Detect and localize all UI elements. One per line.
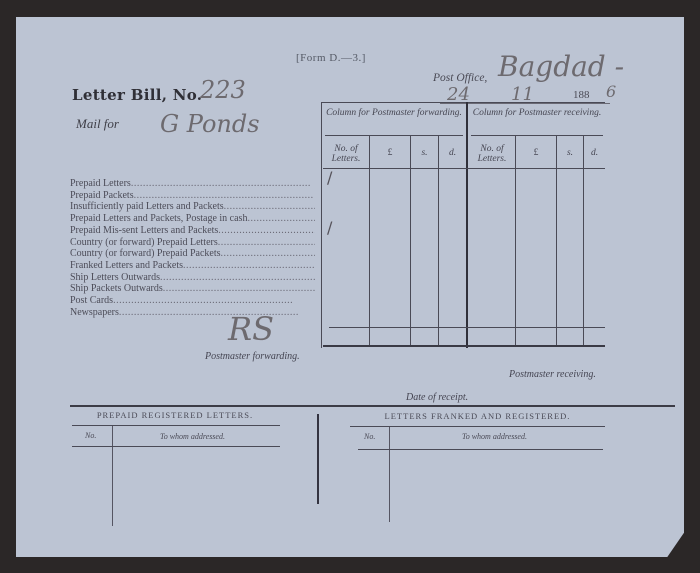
- leader-dots: ........................................…: [218, 225, 315, 237]
- leader-dots: ........................................…: [163, 283, 315, 295]
- item-row: Ship Letters Outwards...................…: [70, 272, 315, 284]
- tick-mark: /: [327, 218, 332, 237]
- column-header-rule: [323, 168, 605, 169]
- item-row: Prepaid Mis-sent Letters and Packets....…: [70, 225, 315, 237]
- leader-dots: ........................................…: [119, 307, 315, 319]
- item-row: Newspapers..............................…: [70, 307, 315, 319]
- col-header-pounds: £: [516, 148, 556, 158]
- item-label: Prepaid Letters and Packets, Postage in …: [70, 213, 247, 225]
- forwarding-column-title: Column for Postmaster forwarding.: [325, 108, 463, 118]
- leader-dots: ........................................…: [160, 272, 315, 284]
- col-header-shillings: s.: [411, 148, 438, 158]
- header-rule: [325, 135, 463, 136]
- registered-center-divider: [317, 414, 319, 504]
- item-list: Prepaid Letters.........................…: [70, 178, 315, 318]
- accounts-table: Column for Postmaster forwarding. Column…: [321, 102, 605, 348]
- item-label: Prepaid Letters: [70, 178, 131, 190]
- col-header-shillings: s.: [557, 148, 583, 158]
- rule: [72, 425, 280, 426]
- prepaid-registered-title: PREPAID REGISTERED LETTERS.: [70, 410, 280, 420]
- receiving-column-title: Column for Postmaster receiving.: [471, 108, 603, 118]
- col-rule: [112, 426, 113, 526]
- mail-for-value: G Ponds: [160, 110, 260, 138]
- item-label: Ship Letters Outwards: [70, 272, 160, 284]
- item-label: Country (or forward) Prepaid Packets: [70, 248, 221, 260]
- table-bottom-rule: [323, 345, 605, 347]
- mail-for-label: Mail for: [76, 116, 119, 132]
- leader-dots: ........................................…: [218, 237, 315, 249]
- postmaster-forwarding-signature: RS: [228, 310, 274, 348]
- date-year-handwritten: 6: [606, 82, 616, 101]
- item-label: Insufficiently paid Letters and Packets: [70, 201, 224, 213]
- item-row: Franked Letters and Packets.............…: [70, 260, 315, 272]
- franked-registered-title: LETTERS FRANKED AND REGISTERED.: [350, 411, 605, 421]
- table-top-rule: [321, 102, 605, 103]
- leader-dots: ........................................…: [113, 295, 315, 307]
- col-header-no: No.: [85, 431, 96, 440]
- item-row: Prepaid Packets.........................…: [70, 190, 315, 202]
- post-office-label: Post Office,: [433, 72, 487, 84]
- item-row: Prepaid Letters.........................…: [70, 178, 315, 190]
- item-label: Ship Packets Outwards: [70, 283, 163, 295]
- letter-bill-number: 223: [200, 76, 246, 104]
- form-id: [Form D.—3.]: [296, 52, 366, 64]
- date-of-receipt-label: Date of receipt.: [406, 392, 468, 403]
- col-header-pounds: £: [370, 148, 410, 158]
- postmaster-receiving-label: Postmaster receiving.: [509, 369, 596, 380]
- item-row: Prepaid Letters and Packets, Postage in …: [70, 213, 315, 225]
- section-divider: [70, 405, 675, 407]
- leader-dots: ........................................…: [183, 260, 315, 272]
- col-rule: [389, 427, 390, 522]
- item-label: Franked Letters and Packets: [70, 260, 183, 272]
- table-center-rule: [466, 102, 468, 348]
- item-row: Country (or forward) Prepaid Packets....…: [70, 248, 315, 260]
- leader-dots: ........................................…: [224, 201, 315, 213]
- post-office-value: Bagdad -: [498, 50, 624, 83]
- col-header-pence: d.: [439, 148, 466, 158]
- item-label: Country (or forward) Prepaid Letters: [70, 237, 218, 249]
- col-header-no-letters: No. of Letters.: [323, 144, 369, 164]
- tick-mark: /: [327, 168, 332, 187]
- postmaster-forwarding-label: Postmaster forwarding.: [205, 351, 300, 362]
- col-header-addressed: To whom addressed.: [462, 432, 527, 441]
- leader-dots: ........................................…: [134, 190, 315, 202]
- col-header-no: No.: [364, 432, 375, 441]
- item-label: Post Cards: [70, 295, 113, 307]
- date-year-printed: 188: [573, 89, 590, 101]
- item-row: Country (or forward) Prepaid Letters....…: [70, 237, 315, 249]
- letter-bill-label: Letter Bill, No.: [72, 86, 202, 104]
- col-header-pence: d.: [584, 148, 605, 158]
- rule: [358, 449, 603, 450]
- total-rule: [329, 327, 605, 328]
- item-label: Newspapers: [70, 307, 119, 319]
- item-row: Ship Packets Outwards...................…: [70, 283, 315, 295]
- leader-dots: ........................................…: [131, 178, 315, 190]
- item-row: Insufficiently paid Letters and Packets.…: [70, 201, 315, 213]
- item-row: Post Cards..............................…: [70, 295, 315, 307]
- table-left-rule: [321, 102, 322, 348]
- leader-dots: ........................................…: [221, 248, 315, 260]
- col-header-addressed: To whom addressed.: [160, 432, 225, 441]
- item-label: Prepaid Mis-sent Letters and Packets: [70, 225, 218, 237]
- rule: [72, 446, 280, 447]
- col-header-no-letters: No. of Letters.: [469, 144, 515, 164]
- leader-dots: ........................................…: [247, 213, 315, 225]
- item-label: Prepaid Packets: [70, 190, 134, 202]
